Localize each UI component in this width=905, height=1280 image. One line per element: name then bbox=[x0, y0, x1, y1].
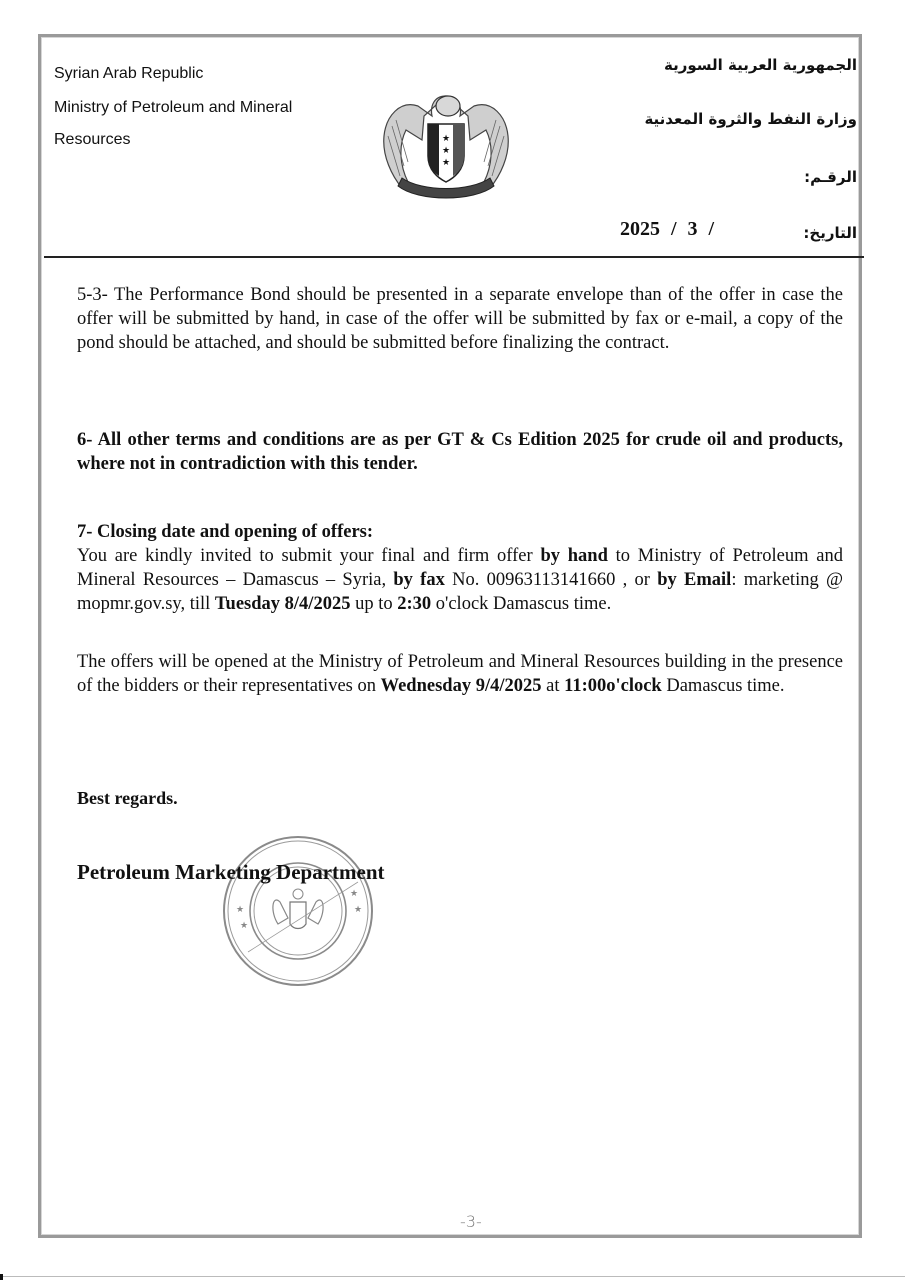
scan-edge-line bbox=[0, 1276, 905, 1277]
page-number: -3- bbox=[460, 1212, 482, 1231]
signature-department: Petroleum Marketing Department bbox=[77, 860, 385, 885]
date-label-ar: التاريخ: bbox=[803, 224, 857, 242]
bold-email: Email bbox=[684, 570, 731, 590]
text-run: up to bbox=[350, 594, 397, 614]
text-run: at bbox=[541, 676, 564, 696]
bold-by: by bbox=[657, 570, 677, 590]
reference-label-ar: الرقـم: bbox=[804, 168, 857, 186]
svg-text:★: ★ bbox=[236, 904, 244, 914]
fax-number: No. 00963113141660 , or bbox=[445, 570, 657, 590]
bold-by-hand: by hand bbox=[540, 546, 607, 566]
header-country-en: Syrian Arab Republic bbox=[54, 65, 203, 83]
closing-time: 2:30 bbox=[397, 594, 431, 614]
header-divider bbox=[44, 256, 864, 258]
text-run: o'clock Damascus time. bbox=[431, 594, 611, 614]
svg-text:★: ★ bbox=[354, 904, 362, 914]
header-ministry-ar: وزارة النفط والثروة المعدنية bbox=[644, 110, 857, 128]
page-border bbox=[38, 34, 862, 1238]
opening-time: 11:00o'clock bbox=[564, 676, 662, 696]
bold-by-fax: by fax bbox=[393, 570, 444, 590]
syrian-eagle-emblem-icon: ★ ★ ★ bbox=[378, 86, 514, 204]
ministry-stamp-icon: ★ ★ ★ ★ bbox=[218, 832, 378, 990]
text-run bbox=[677, 570, 684, 590]
closing-date: Tuesday 8/4/2025 bbox=[215, 594, 351, 614]
svg-text:★: ★ bbox=[442, 157, 450, 167]
clause-6: 6- All other terms and conditions are as… bbox=[77, 428, 843, 476]
text-run: Damascus time. bbox=[662, 676, 785, 696]
clause-5-3: 5-3- The Performance Bond should be pres… bbox=[77, 283, 843, 355]
clause-7-opening: The offers will be opened at the Ministr… bbox=[77, 650, 843, 698]
svg-text:★: ★ bbox=[442, 145, 450, 155]
svg-text:★: ★ bbox=[442, 133, 450, 143]
document-date: 2025 / 3 / bbox=[620, 218, 714, 241]
header-ministry-en-cont: Resources bbox=[54, 131, 130, 149]
svg-text:★: ★ bbox=[350, 888, 358, 898]
opening-date: Wednesday 9/4/2025 bbox=[381, 676, 542, 696]
text-run: You are kindly invited to submit your fi… bbox=[77, 546, 540, 566]
clause-7-title: 7- Closing date and opening of offers: bbox=[77, 520, 843, 544]
scan-edge-mark bbox=[0, 1274, 3, 1280]
closing-regards: Best regards. bbox=[77, 788, 178, 809]
header-ministry-en: Ministry of Petroleum and Mineral bbox=[54, 99, 292, 117]
clause-7-submission: You are kindly invited to submit your fi… bbox=[77, 544, 843, 616]
header-country-ar: الجمهورية العربية السورية bbox=[664, 56, 857, 74]
svg-text:★: ★ bbox=[240, 920, 248, 930]
